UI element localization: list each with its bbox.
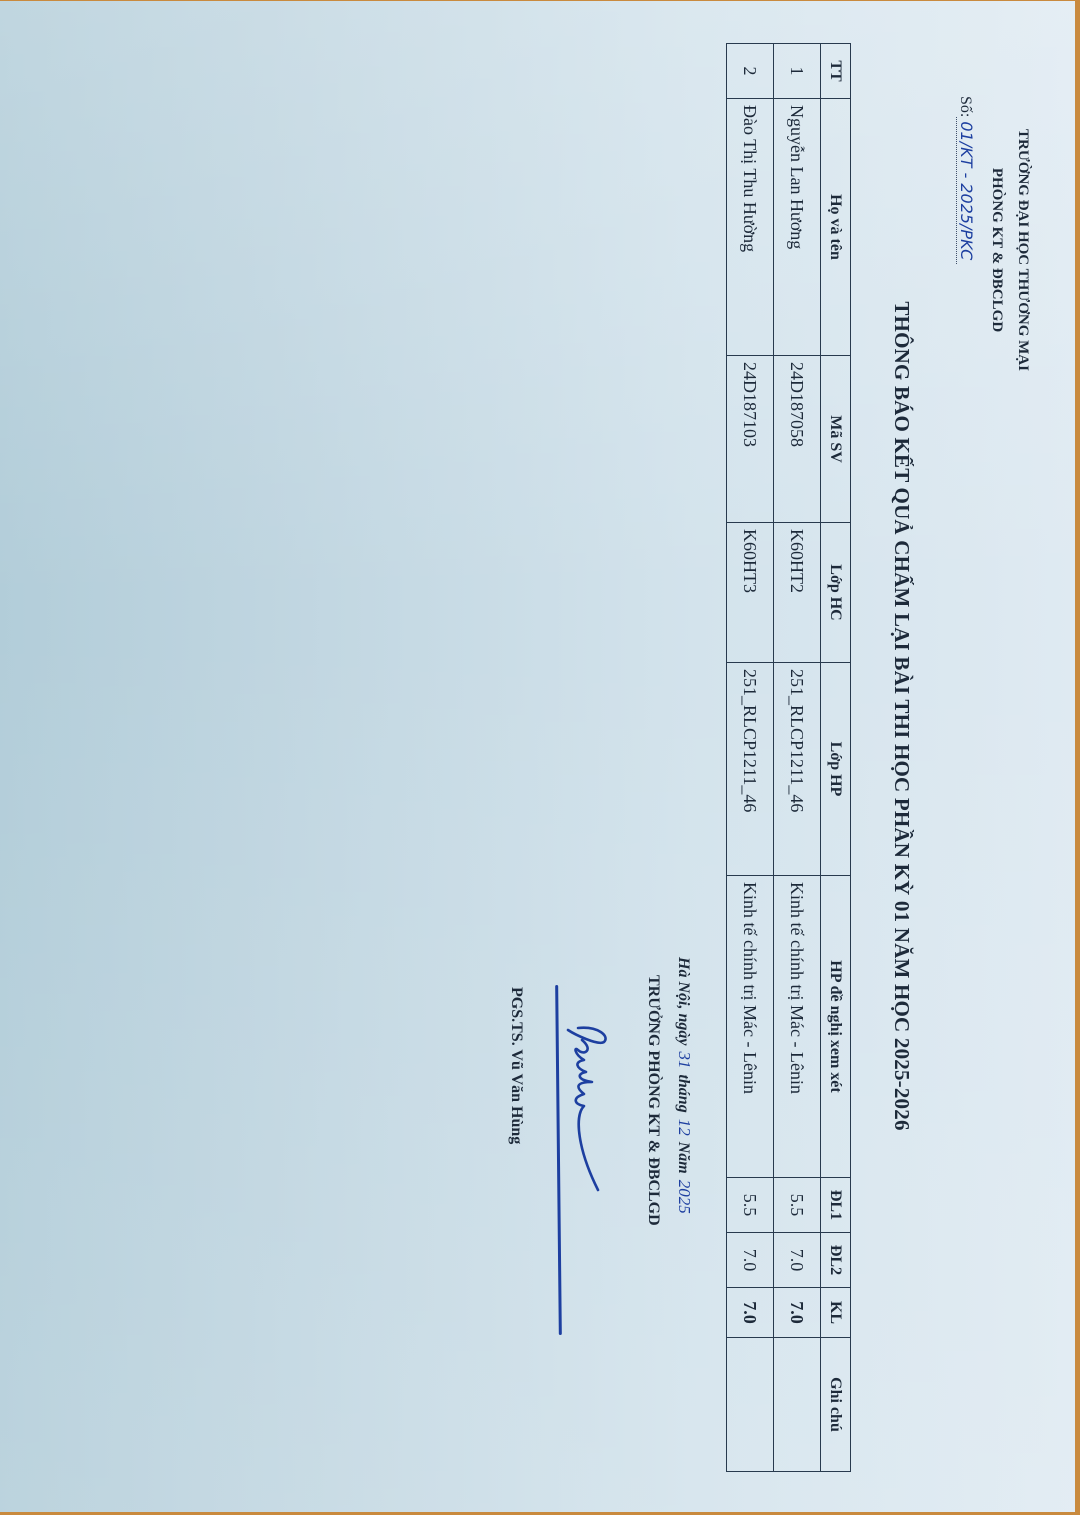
university-name: TRƯỜNG ĐẠI HỌC THƯƠNG MẠI — [1014, 100, 1032, 400]
date-year-label: Năm — [675, 1142, 692, 1174]
date-month: 12 — [675, 1117, 694, 1138]
col-header: Ghi chú — [821, 1338, 851, 1472]
table-row: 1 Nguyễn Lan Hương 24D187058 K60HT2 251_… — [774, 44, 821, 1472]
cell-score-1: 5.5 — [774, 1178, 821, 1233]
date-prefix: Hà Nội, ngày — [675, 957, 692, 1045]
col-header: Họ và tên — [821, 99, 851, 356]
cell-score-1: 5.5 — [727, 1178, 774, 1233]
rotated-document: TRƯỜNG ĐẠI HỌC THƯƠNG MẠI PHÒNG KT & ĐBC… — [0, 0, 1080, 1515]
col-header: HP đề nghị xem xét — [821, 876, 851, 1178]
document-number-label: Số: — [957, 96, 974, 117]
cell-course: Kinh tế chính trị Mác - Lênin — [774, 876, 821, 1178]
cell-student-id: 24D187103 — [727, 356, 774, 523]
date-month-label: tháng — [675, 1074, 692, 1112]
cell-note — [727, 1338, 774, 1472]
cell-note — [774, 1338, 821, 1472]
document-number: Số:01/KT - 2025/PKC — [956, 96, 976, 264]
cell-name: Nguyễn Lan Hương — [774, 99, 821, 356]
col-header: Lớp HC — [821, 523, 851, 663]
cell-admin-class: K60HT3 — [727, 523, 774, 663]
cell-index: 1 — [774, 44, 821, 99]
table-header-row: TT Họ và tên Mã SV Lớp HC Lớp HP HP đề n… — [821, 44, 851, 1472]
cell-final: 7.0 — [727, 1288, 774, 1338]
cell-index: 2 — [727, 44, 774, 99]
table-row: 2 Đào Thị Thu Hường 24D187103 K60HT3 251… — [727, 44, 774, 1472]
cell-final: 7.0 — [774, 1288, 821, 1338]
signer-name: PGS.TS. Vũ Văn Hùng — [507, 987, 525, 1144]
department-name: PHÒNG KT & ĐBCLGD — [988, 100, 1006, 400]
col-header: KL — [821, 1288, 851, 1338]
col-header: TT — [821, 44, 851, 99]
cell-student-id: 24D187058 — [774, 356, 821, 523]
cell-course: Kinh tế chính trị Mác - Lênin — [727, 876, 774, 1178]
document-title: THÔNG BÁO KẾT QUẢ CHẤM LẠI BÀI THI HỌC P… — [889, 192, 914, 1240]
cell-name: Đào Thị Thu Hường — [727, 99, 774, 356]
col-header: ĐL2 — [821, 1233, 851, 1288]
document-number-value: 01/KT - 2025/PKC — [956, 117, 976, 264]
col-header: ĐL1 — [821, 1178, 851, 1233]
cell-admin-class: K60HT2 — [774, 523, 821, 663]
cell-course-class: 251_RLCP1211_46 — [774, 663, 821, 876]
cell-course-class: 251_RLCP1211_46 — [727, 663, 774, 876]
date-day: 31 — [675, 1049, 694, 1070]
cell-score-2: 7.0 — [774, 1233, 821, 1288]
col-header: Mã SV — [821, 356, 851, 523]
date-year: 2025 — [675, 1178, 694, 1216]
cell-score-2: 7.0 — [727, 1233, 774, 1288]
signing-date: Hà Nội, ngày 31 tháng 12 Năm 2025 — [674, 957, 694, 1216]
signer-role: TRƯỞNG PHÒNG KT & ĐBCLGD — [644, 975, 662, 1226]
results-table: TT Họ và tên Mã SV Lớp HC Lớp HP HP đề n… — [726, 43, 851, 1472]
col-header: Lớp HP — [821, 663, 851, 876]
